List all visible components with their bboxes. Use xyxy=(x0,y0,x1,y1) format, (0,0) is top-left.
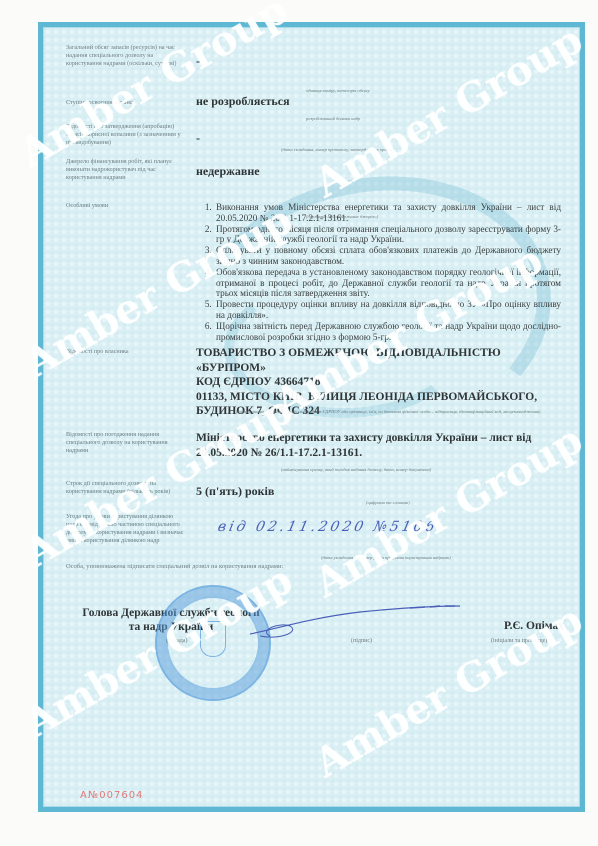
field-label: Джерело фінансування робіт, які планує в… xyxy=(66,158,184,182)
condition-item: Обов'язкова передача в установленому зак… xyxy=(214,267,561,299)
approval-label: Відомості про погодження надання спеціал… xyxy=(66,431,184,455)
term-label: Строк дії спеціального дозволу на корист… xyxy=(66,480,184,496)
signatory-name: Р.Є. Опімах xyxy=(504,620,564,632)
condition-item: Протягом одного місяця після отримання с… xyxy=(214,224,561,246)
approval-value: Міністерство енергетики та захисту довкі… xyxy=(196,431,567,460)
field-label: Ступінь освоєння ділянки xyxy=(66,99,184,107)
trident-emblem-icon xyxy=(200,621,226,657)
field-value: - xyxy=(196,54,567,69)
owner-code: КОД ЄДРПОУ 43664718 xyxy=(196,375,567,390)
authorized-person: Особа, уповноважена підписати спеціальни… xyxy=(66,563,567,570)
agreement-caption: (дата укладення та номер угоди про умови… xyxy=(321,555,451,560)
serial-number: А№007604 xyxy=(80,790,143,801)
field-value: не розробляється xyxy=(196,94,567,109)
field-caption: одиниця виміру, категорія обсягу xyxy=(306,88,370,93)
term-value: 5 (п'ять) років xyxy=(196,484,567,499)
owner-label: Відомості про власника xyxy=(66,348,184,356)
signature xyxy=(250,600,470,640)
authorized-person-label: Особа, уповноважена підписати спеціальни… xyxy=(66,563,567,570)
owner-caption: (найменування юридичної особи, код згідн… xyxy=(236,409,540,414)
term-caption: (цифрами та словами) xyxy=(366,500,410,505)
certificate-body: Загальний обсяг запасів (ресурсів) на ча… xyxy=(43,27,580,807)
name-caption: (ініціали та прізвище) xyxy=(491,638,547,644)
agreement-label: Угода про умови користування ділянкою на… xyxy=(66,513,184,545)
agreement-handwritten-value: від 02.11.2020 №5106 xyxy=(216,519,439,535)
condition-item: Сплачувати у повному обсязі сплата обов'… xyxy=(214,245,561,267)
owner-address-line1: 01133, МІСТО КИЇВ, ВУЛИЦЯ ЛЕОНІДА ПЕРВОМ… xyxy=(196,390,567,405)
condition-item: Виконання умов Міністерства енергетики т… xyxy=(214,202,561,224)
field-value: - xyxy=(196,131,567,146)
condition-item: Щорічна звітність перед Державною службо… xyxy=(214,321,561,343)
special-conditions-list: Виконання умов Міністерства енергетики т… xyxy=(196,202,561,342)
owner-name: ТОВАРИСТВО З ОБМЕЖЕНОЮ ВІДПОВІДАЛЬНІСТЮ … xyxy=(196,346,567,375)
field-caption: розроблюваний ділянки надр xyxy=(306,116,360,121)
owner-details: ТОВАРИСТВО З ОБМЕЖЕНОЮ ВІДПОВІДАЛЬНІСТЮ … xyxy=(196,346,567,419)
special-conditions-label: Особливі умови xyxy=(66,202,184,210)
certificate-frame: Загальний обсяг запасів (ресурсів) на ча… xyxy=(38,22,585,812)
condition-item: Провести процедуру оцінки впливу на довк… xyxy=(214,299,561,321)
field-label: Відомості про затвердження (апробацію) з… xyxy=(66,123,184,147)
approval-caption: (найменування органу, який погодив надан… xyxy=(281,467,431,472)
field-value: недержавне xyxy=(196,164,567,179)
field-caption: (дата складання, номер протоколу, затвер… xyxy=(281,147,394,152)
field-label: Загальний обсяг запасів (ресурсів) на ча… xyxy=(66,44,184,68)
